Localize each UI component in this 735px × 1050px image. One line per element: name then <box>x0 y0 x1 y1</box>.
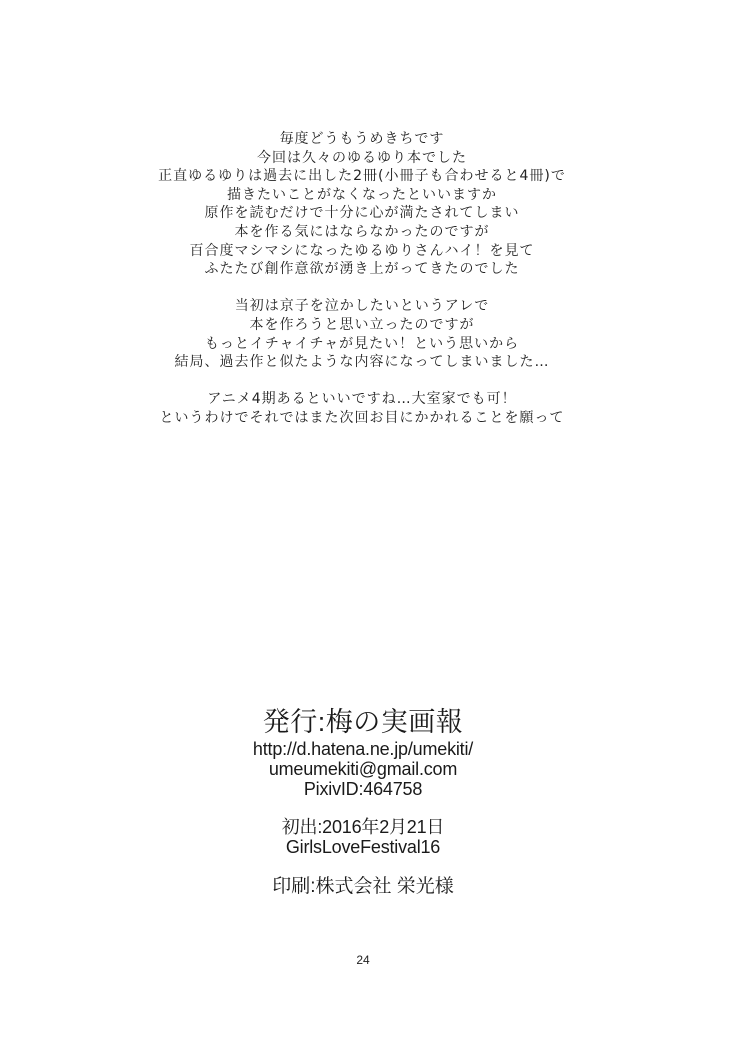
afterword-line: 今回は久々のゆるゆり本でした <box>0 149 724 168</box>
afterword-paragraph-2: 当初は京子を泣かしたいというアレで 本を作ろうと思い立ったのですが もっとイチャ… <box>0 297 724 371</box>
afterword-line: ふたたび創作意欲が湧き上がってきたのでした <box>0 260 724 279</box>
afterword-line: 原作を読むだけで十分に心が満たされてしまい <box>0 204 724 223</box>
printer-info: 印刷:株式会社 栄光様 <box>0 876 726 898</box>
first-appearance-date: 初出:2016年2月21日 <box>0 817 726 837</box>
afterword-line: 本を作ろうと思い立ったのですが <box>0 316 724 335</box>
afterword-line: 本を作る気にはならなかったのですが <box>0 223 724 242</box>
afterword-line: 当初は京子を泣かしたいというアレで <box>0 297 724 316</box>
colophon: 発行:梅の実画報 http://d.hatena.ne.jp/umekiti/ … <box>0 706 726 898</box>
afterword-line: 百合度マシマシになったゆるゆりさんハイ！を見て <box>0 242 724 261</box>
afterword-line: アニメ4期あるといいですね…大室家でも可！ <box>0 390 724 409</box>
event-name: GirlsLoveFestival16 <box>0 837 726 857</box>
afterword-line: 描きたいことがなくなったといいますか <box>0 186 724 205</box>
afterword-text: 毎度どうもうめきちです 今回は久々のゆるゆり本でした 正直ゆるゆりは過去に出した… <box>0 130 724 446</box>
afterword-paragraph-1: 毎度どうもうめきちです 今回は久々のゆるゆり本でした 正直ゆるゆりは過去に出した… <box>0 130 724 279</box>
pixiv-id: PixivID:464758 <box>0 779 726 799</box>
printer-name: 印刷:株式会社 栄光様 <box>0 876 726 898</box>
page-number: 24 <box>0 953 726 967</box>
afterword-line: 毎度どうもうめきちです <box>0 130 724 149</box>
publication-info: 初出:2016年2月21日 GirlsLoveFestival16 <box>0 817 726 857</box>
contact-email: umeumekiti@gmail.com <box>0 759 726 779</box>
afterword-line: 正直ゆるゆりは過去に出した2冊(小冊子も合わせると4冊)で <box>0 167 724 186</box>
website-url: http://d.hatena.ne.jp/umekiti/ <box>0 739 726 759</box>
afterword-line: というわけでそれではまた次回お目にかかれることを願って <box>0 409 724 428</box>
afterword-line: 結局、過去作と似たような内容になってしまいました… <box>0 353 724 372</box>
afterword-line: もっとイチャイチャが見たい！という思いから <box>0 335 724 354</box>
afterword-paragraph-3: アニメ4期あるといいですね…大室家でも可！ というわけでそれではまた次回お目にか… <box>0 390 724 427</box>
publisher-name: 発行:梅の実画報 <box>0 706 726 739</box>
